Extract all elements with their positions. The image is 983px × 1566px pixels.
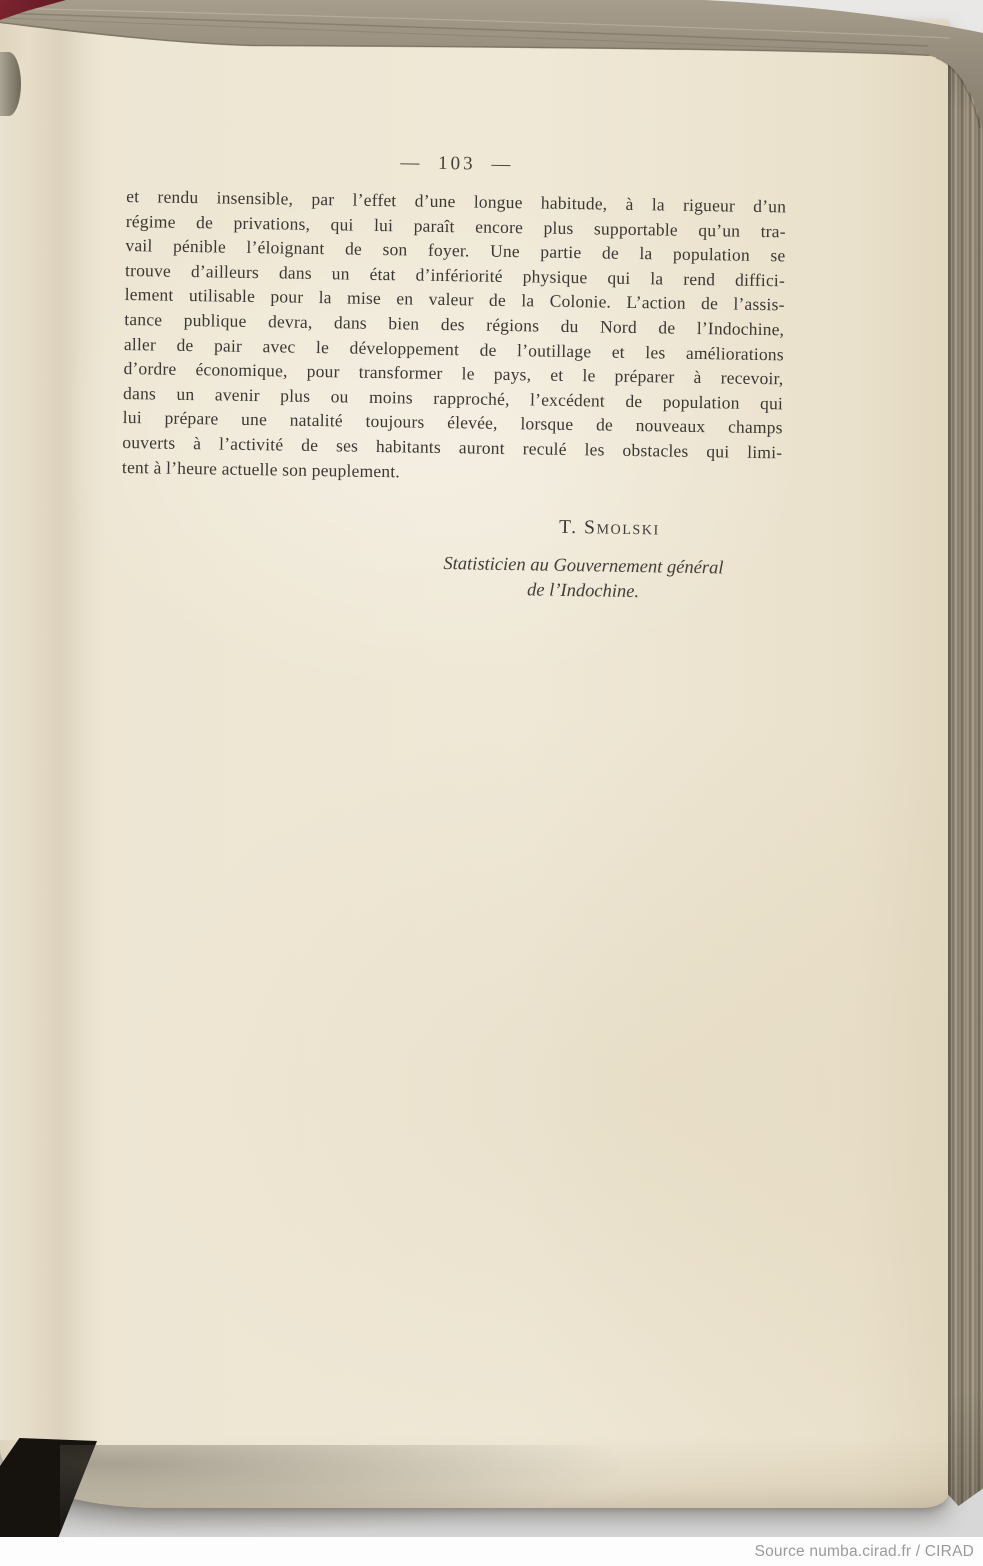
author-signature: T. Smolski	[559, 517, 781, 542]
book-fore-edge	[948, 52, 983, 1506]
body-paragraph: et rendu insensible, par l’effet d’une l…	[122, 184, 787, 489]
page-gutter-highlight	[0, 60, 30, 1440]
page-bottom-shadow	[60, 1445, 620, 1538]
top-edge-band-shape	[0, 0, 983, 132]
source-watermark-bar: Source numba.cirad.fr / CIRAD	[0, 1537, 983, 1566]
source-watermark-text: Source numba.cirad.fr / CIRAD	[755, 1543, 983, 1561]
page-text-block: — 103 — et rendu insensible, par l’effet…	[120, 148, 787, 607]
author-role: Statisticien au Gouvernement général de …	[386, 551, 781, 607]
